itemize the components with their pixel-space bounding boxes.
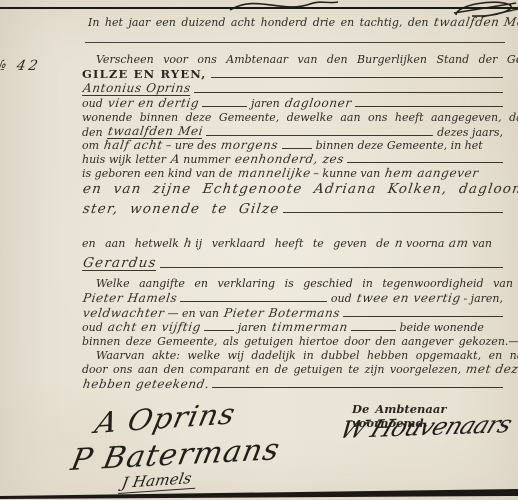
witness2-years-label: jaren	[238, 321, 267, 334]
hij-insert-handwritten: h	[183, 237, 193, 250]
signature-official: W Houvenaars	[336, 410, 515, 444]
en-van-label: — en van	[168, 307, 219, 320]
ure-des-label: – ure des	[166, 139, 217, 152]
blank-rule	[160, 267, 503, 268]
header-separator-rule	[85, 42, 505, 43]
house-letter-label: huis wijk letter	[82, 153, 166, 166]
met-dezelve-handwritten: met dezelve	[465, 363, 518, 376]
witness2-name-handwritten: Pieter Botermans	[223, 307, 341, 320]
naam-insert-handwritten: am	[448, 237, 470, 250]
birth-date-handwritten: twaalfden Mei	[107, 125, 204, 139]
born-child-label: is geboren een kind van de	[82, 167, 233, 180]
binnen-gemeente-label: binnen deze Gemeente, in het	[316, 139, 483, 152]
name-declaration-part2: ij verklaard heeft te geven de	[195, 237, 389, 250]
hebben-geteekend-handwritten: hebben geteekend.	[82, 378, 210, 391]
blank-rule	[283, 212, 503, 213]
name-declaration-part3: voorna	[406, 237, 444, 250]
signature-declarant: A Oprins	[92, 397, 239, 440]
mother-line2-handwritten: ster, wonende te Gilze	[82, 203, 280, 216]
closing-line2: door ons aan den comparant en de getuige…	[82, 363, 461, 376]
blank-rule	[204, 330, 234, 331]
witness2-age-label: oud	[82, 321, 103, 334]
age-label: oud	[82, 97, 103, 110]
blank-rule	[347, 162, 503, 163]
signature-flourish-top-center	[228, 0, 340, 12]
daypart-handwritten: morgens	[220, 139, 279, 152]
district-letter-handwritten: A	[170, 153, 181, 166]
year-line-date-handwritten: twaalfden Mei	[433, 16, 518, 29]
gender-handwritten: mannelijke	[237, 167, 312, 180]
birth-time-handwritten: half acht	[103, 139, 164, 152]
witness1-name-handwritten: Pieter Hamels	[82, 292, 178, 305]
name-declaration-part1: en aan hetwelk	[82, 237, 179, 250]
act-number: № 42	[0, 58, 42, 74]
witness2-age-handwritten: acht en vijftig	[107, 321, 202, 334]
of-whom-handwritten: hem aangever	[384, 167, 479, 180]
closing-line1: Waarvan akte: welke wij dadelijk in dubb…	[96, 349, 518, 362]
dezes-jaars-label: dezes jaars,	[437, 126, 503, 139]
witness1-age-handwritten: twee en veertig	[356, 292, 462, 305]
birth-certificate-scan: In het jaar een duizend acht honderd dri…	[0, 0, 518, 500]
top-rule	[0, 7, 518, 9]
blank-rule	[180, 301, 327, 302]
declarant-age-handwritten: vier en dertig	[107, 97, 200, 110]
year-line-printed: In het jaar een duizend acht honderd dri…	[88, 16, 429, 29]
residence-line: wonende binnen deze Gemeente, dewelke aa…	[82, 111, 518, 124]
kunne-van-label: – kunne van	[313, 167, 380, 180]
intro-line: Verscheen voor ons Ambtenaar van den Bur…	[96, 53, 518, 66]
blank-rule	[351, 330, 396, 331]
witness1-occupation-handwritten: veldwachter	[82, 307, 165, 320]
blank-rule	[212, 387, 503, 388]
blank-rule	[343, 316, 503, 317]
witness-intro-line: Welke aangifte en verklaring is geschied…	[96, 277, 513, 290]
declarant-name-handwritten: Antonius Oprins	[82, 82, 192, 96]
blank-rule	[355, 106, 503, 107]
house-number-handwritten: eenhonderd, zes	[234, 153, 345, 166]
municipality-name: GILZE EN RYEN,	[82, 68, 207, 81]
mother-line1-handwritten: en van zijne Echtgenoote Adriana Kolken,…	[82, 183, 518, 196]
den-insert-handwritten: n	[394, 237, 404, 250]
witnesses-chosen-line: binnen deze Gemeente, als getuigen hiert…	[82, 335, 518, 348]
declarant-occupation-handwritten: daglooner	[284, 97, 353, 110]
witness1-age-suffix: - jaren,	[463, 292, 503, 305]
den-label: den	[82, 126, 103, 139]
bottom-rule	[0, 488, 518, 500]
witness2-occupation-handwritten: timmerman	[271, 321, 349, 334]
nummer-label: nummer	[183, 153, 230, 166]
blank-rule	[211, 77, 504, 78]
blank-rule	[194, 92, 503, 93]
years-label: jaren	[251, 97, 280, 110]
child-name-handwritten: Gerardus	[82, 257, 158, 271]
beide-wonende-label: beide wonende	[400, 321, 484, 334]
name-declaration-part4: van	[472, 237, 492, 250]
blank-rule	[206, 135, 433, 136]
witness1-age-label: oud	[331, 292, 352, 305]
blank-rule	[282, 148, 312, 149]
blank-rule	[202, 106, 247, 107]
om-label: om	[82, 139, 99, 152]
